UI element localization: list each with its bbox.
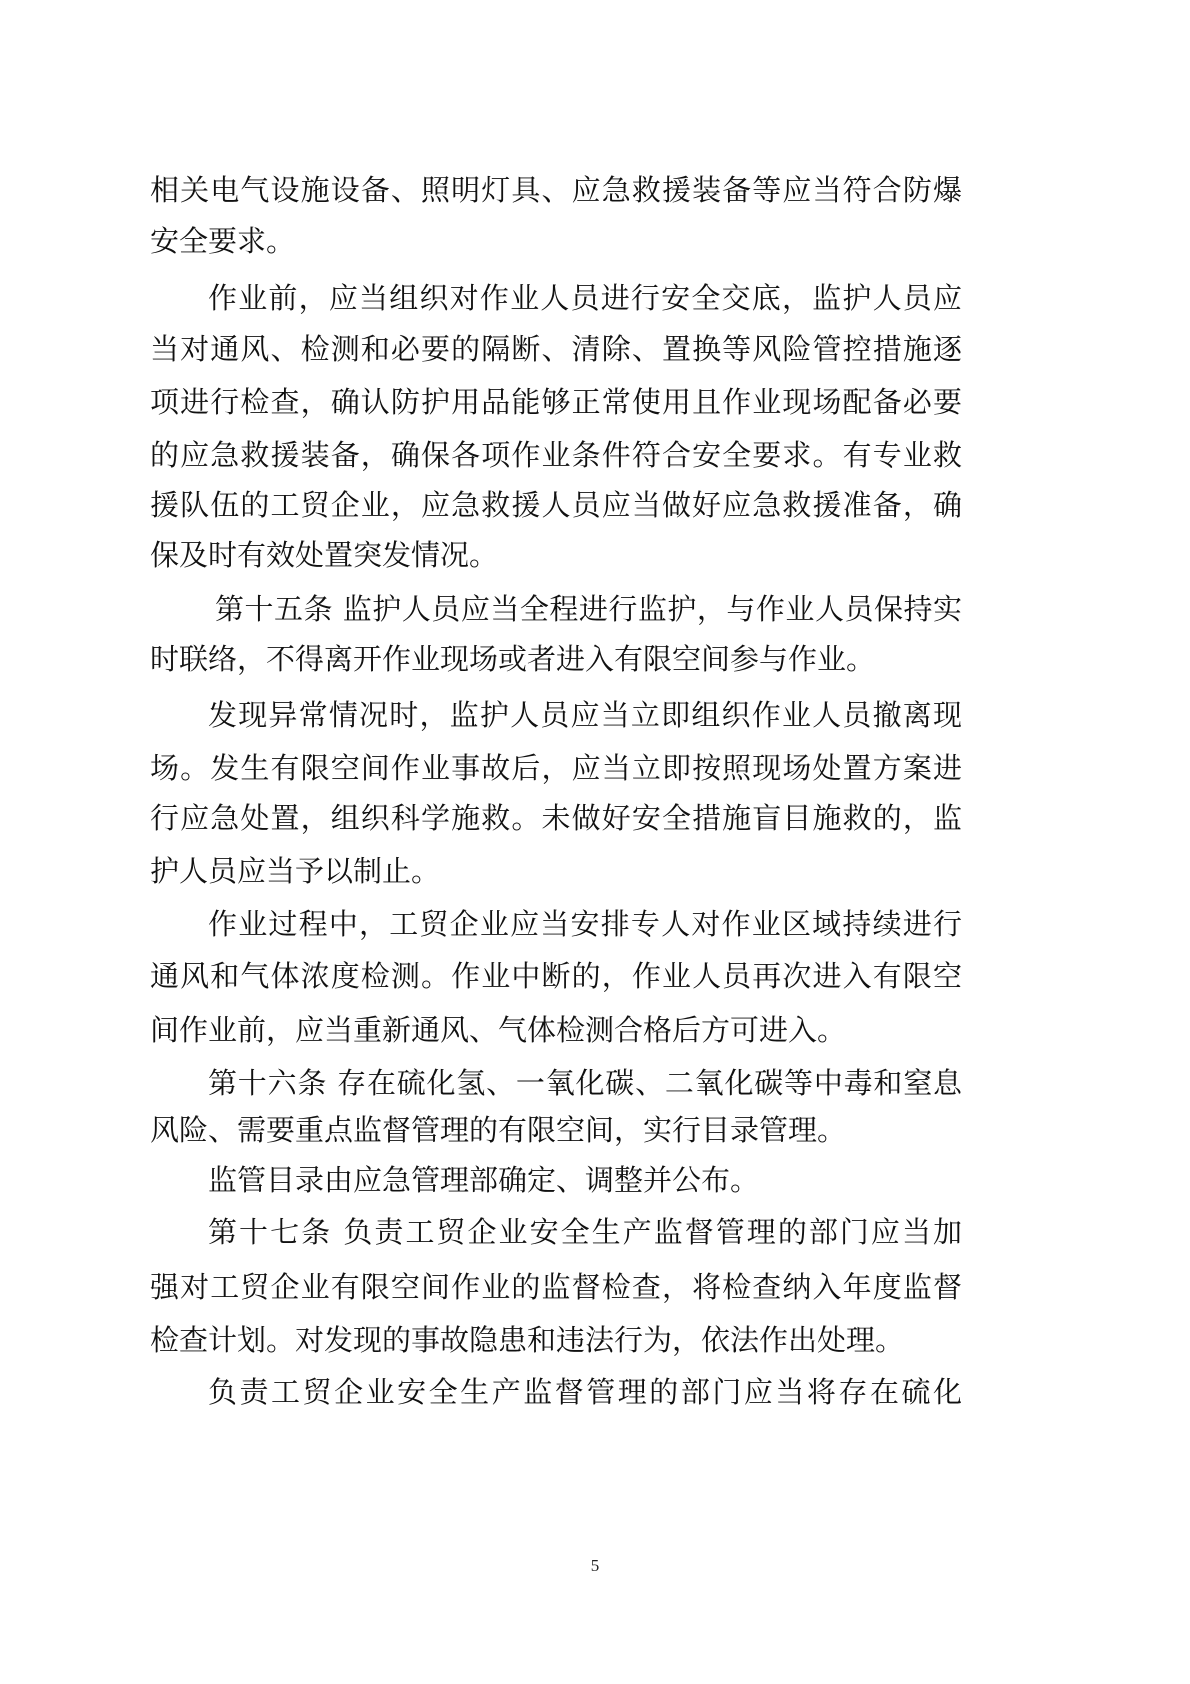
text-line: 强对工贸企业有限空间作业的监督检查，将检查纳入年度监督 [150,1267,962,1307]
text-line: 相关电气设施设备、照明灯具、应急救援装备等应当符合防爆 [150,170,962,210]
text-line: 场。发生有限空间作业事故后，应当立即按照现场处置方案进 [150,748,962,788]
text-line: 护人员应当予以制止。 [150,851,962,891]
text-line: 风险、需要重点监督管理的有限空间，实行目录管理。 [150,1110,962,1150]
document-page: 相关电气设施设备、照明灯具、应急救援装备等应当符合防爆 安全要求。 作业前，应当… [0,0,1190,1684]
text-line: 检查计划。对发现的事故隐患和违法行为，依法作出处理。 [150,1320,962,1360]
text-line: 当对通风、检测和必要的隔断、清除、置换等风险管控措施逐 [150,329,962,369]
article-17-heading-line: 第十七条 负责工贸企业安全生产监督管理的部门应当加 [208,1212,962,1252]
text-line: 通风和气体浓度检测。作业中断的，作业人员再次进入有限空 [150,956,962,996]
page-number: 5 [0,1556,1190,1576]
paragraph-start-line: 作业前，应当组织对作业人员进行安全交底，监护人员应 [208,278,962,318]
article-15-heading-line: 第十五条 监护人员应当全程进行监护，与作业人员保持实 [215,589,962,629]
text-line: 的应急救援装备，确保各项作业条件符合安全要求。有专业救 [150,435,962,475]
paragraph-start-line: 监管目录由应急管理部确定、调整并公布。 [208,1160,962,1200]
text-line: 时联络，不得离开作业现场或者进入有限空间参与作业。 [150,639,962,679]
paragraph-start-line: 作业过程中，工贸企业应当安排专人对作业区域持续进行 [208,904,962,944]
paragraph-start-line: 负责工贸企业安全生产监督管理的部门应当将存在硫化 [208,1372,962,1412]
paragraph-start-line: 发现异常情况时，监护人员应当立即组织作业人员撤离现 [208,695,962,735]
text-line: 行应急处置，组织科学施救。未做好安全措施盲目施救的，监 [150,798,962,838]
text-line: 间作业前，应当重新通风、气体检测合格后方可进入。 [150,1010,962,1050]
text-line: 项进行检查，确认防护用品能够正常使用且作业现场配备必要 [150,382,962,422]
text-line: 援队伍的工贸企业，应急救援人员应当做好应急救援准备，确 [150,485,962,525]
text-line: 安全要求。 [150,221,962,261]
article-16-heading-line: 第十六条 存在硫化氢、一氧化碳、二氧化碳等中毒和窒息 [208,1063,962,1103]
text-line: 保及时有效处置突发情况。 [150,535,962,575]
